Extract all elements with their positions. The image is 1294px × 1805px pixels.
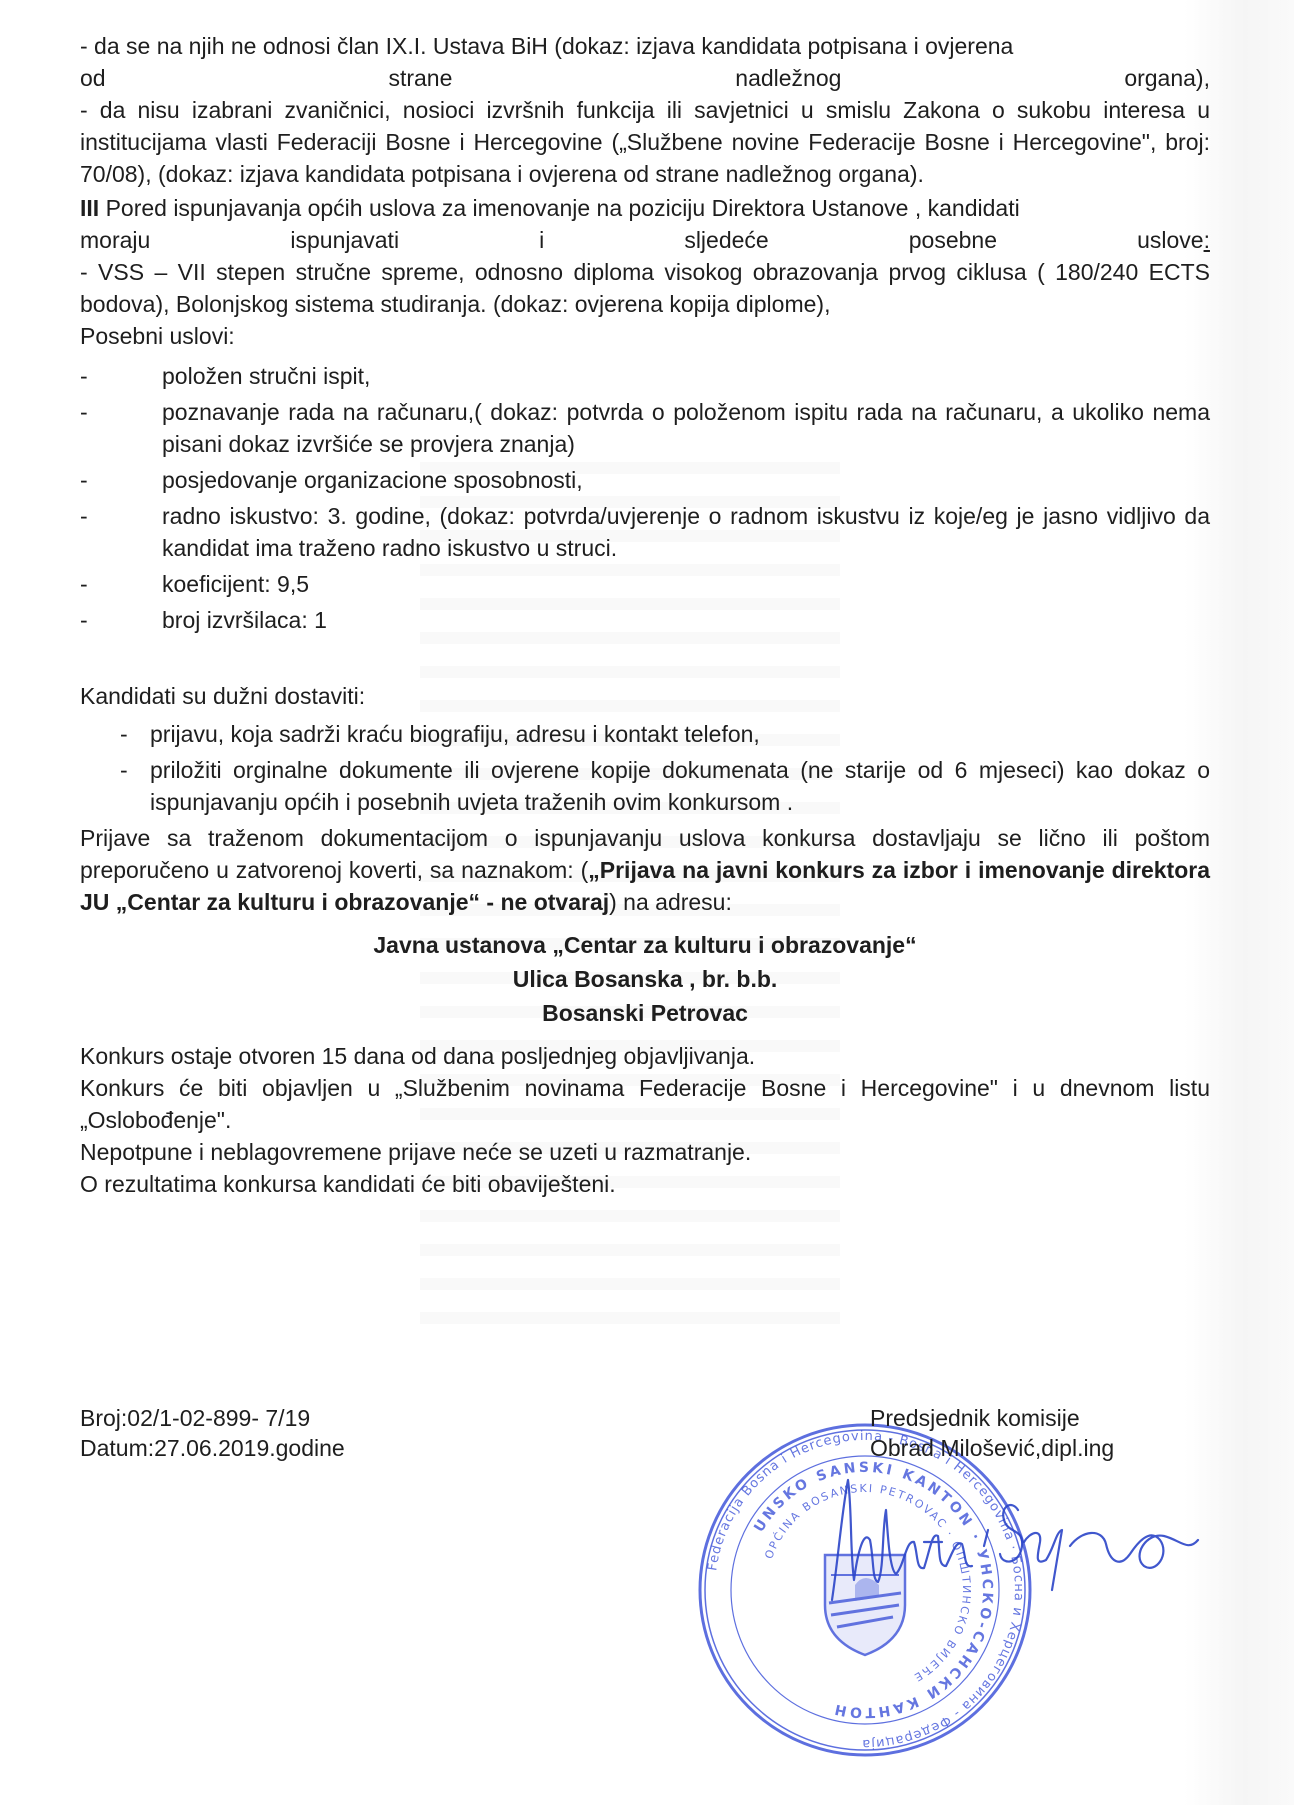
eligibility-item-conflict-of-interest: - da nisu izabrani zvaničnici, nosioci i… <box>80 94 1210 190</box>
list-item-text: priložiti orginalne dokumente ili ovjere… <box>150 757 1210 815</box>
address-city: Bosanski Petrovac <box>80 996 1210 1030</box>
eligibility-item-constitution-line2: od strane nadležnog organa), <box>80 62 1210 94</box>
word: moraju <box>80 224 150 256</box>
list-item-text: broj izvršilaca: 1 <box>162 607 327 633</box>
closing-incomplete: Nepotpune i neblagovremene prijave neće … <box>80 1136 1210 1168</box>
reference-block: Broj:02/1-02-899- 7/19 Datum:27.06.2019.… <box>80 1403 345 1463</box>
delivery-instructions: Prijave sa traženom dokumentacijom o isp… <box>80 822 1210 918</box>
dash-bullet: - <box>80 396 88 428</box>
word: strane <box>388 62 452 94</box>
document-page: - da se na njih ne odnosi član IX.I. Ust… <box>80 30 1210 1200</box>
delivery-address: Javna ustanova „Centar za kulturu i obra… <box>80 928 1210 1030</box>
special-conditions-heading: Posebni uslovi: <box>80 320 1210 352</box>
dash-bullet: - <box>80 604 88 636</box>
reference-number: Broj:02/1-02-899- 7/19 <box>80 1403 345 1433</box>
submission-heading: Kandidati su dužni dostaviti: <box>80 680 1210 712</box>
svg-text:Federacija Bosna i Hercegovina: Federacija Bosna i Hercegovina - Bosna i… <box>705 1429 1026 1751</box>
section-three-line1: III Pored ispunjavanja općih uslova za i… <box>80 192 1210 224</box>
spacer <box>80 1030 1210 1040</box>
list-item: -prijavu, koja sadrži kraću biografiju, … <box>80 718 1210 750</box>
list-item-text: poznavanje rada na računaru,( dokaz: pot… <box>162 399 1210 457</box>
address-street: Ulica Bosanska , br. b.b. <box>80 962 1210 996</box>
signatory-title: Predsjednik komisije <box>870 1403 1114 1433</box>
list-item-text: prijavu, koja sadrži kraću biografiju, a… <box>150 721 760 747</box>
list-item: -poznavanje rada na računaru,( dokaz: po… <box>80 396 1210 460</box>
dash-bullet: - <box>80 500 88 532</box>
dash-bullet: - <box>120 718 128 750</box>
list-item: -koeficijent: 9,5 <box>80 568 1210 600</box>
word: sljedeće <box>684 224 768 256</box>
list-item: -broj izvršilaca: 1 <box>80 604 1210 636</box>
list-item: -posjedovanje organizacione sposobnosti, <box>80 464 1210 496</box>
word: nadležnog <box>735 62 841 94</box>
word: organa), <box>1124 62 1210 94</box>
dash-bullet: - <box>80 464 88 496</box>
word: uslove <box>1137 227 1203 253</box>
special-conditions-list: -položen stručni ispit, -poznavanje rada… <box>80 360 1210 636</box>
word: posebne <box>909 224 997 256</box>
official-stamp-icon: Federacija Bosna i Hercegovina - Bosna i… <box>695 1420 1035 1760</box>
signatory-block: Predsjednik komisije Obrad Milošević,dip… <box>870 1403 1114 1463</box>
handwritten-signature-icon <box>820 1470 1260 1610</box>
eligibility-item-constitution-line1: - da se na njih ne odnosi član IX.I. Ust… <box>80 30 1210 62</box>
dash-bullet: - <box>80 568 88 600</box>
word: i <box>539 224 544 256</box>
spacer <box>80 640 1210 680</box>
list-item: -priložiti orginalne dokumente ili ovjer… <box>80 754 1210 818</box>
list-item-text: koeficijent: 9,5 <box>162 571 309 597</box>
word-uslove: uslove: <box>1137 224 1210 256</box>
section-three-intro: Pored ispunjavanja općih uslova za imeno… <box>106 195 1020 221</box>
dash-bullet: - <box>80 360 88 392</box>
submission-list: -prijavu, koja sadrži kraću biografiju, … <box>80 718 1210 818</box>
list-item-text: položen stručni ispit, <box>162 363 370 389</box>
list-item-text: radno iskustvo: 3. godine, (dokaz: potvr… <box>162 503 1210 561</box>
section-numeral: III <box>80 195 99 221</box>
word: ispunjavati <box>290 224 399 256</box>
word: od <box>80 62 106 94</box>
closing-results: O rezultatima konkursa kandidati će biti… <box>80 1168 1210 1200</box>
section-three-line2: moraju ispunjavati i sljedeće posebne us… <box>80 224 1210 256</box>
eligibility-item-constitution: - da se na njih ne odnosi član IX.I. Ust… <box>80 30 1210 94</box>
svg-text:UNSKO SANSKI KANTON · УНСКО-СА: UNSKO SANSKI KANTON · УНСКО-САНСКИ КАНТО… <box>751 1460 995 1720</box>
address-institution: Javna ustanova „Centar za kulturu i obra… <box>80 928 1210 962</box>
list-item: -radno iskustvo: 3. godine, (dokaz: potv… <box>80 500 1210 564</box>
closing-deadline: Konkurs ostaje otvoren 15 dana od dana p… <box>80 1040 1210 1072</box>
closing-publication: Konkurs će biti objavljen u „Službenim n… <box>80 1072 1210 1136</box>
reference-date: Datum:27.06.2019.godine <box>80 1433 345 1463</box>
signatory-name: Obrad Milošević,dipl.ing <box>870 1433 1114 1463</box>
list-item-text: posjedovanje organizacione sposobnosti, <box>162 467 583 493</box>
delivery-text-after: ) na adresu: <box>609 889 732 915</box>
section-three: III Pored ispunjavanja općih uslova za i… <box>80 192 1210 256</box>
list-item: -položen stručni ispit, <box>80 360 1210 392</box>
underlined-colon: : <box>1204 227 1210 253</box>
education-requirement: - VSS – VII stepen stručne spreme, odnos… <box>80 256 1210 320</box>
dash-bullet: - <box>120 754 128 786</box>
svg-text:OPĆINA BOSANSKI PETROVAC · ОПШ: OPĆINA BOSANSKI PETROVAC · ОПШТИНСКО ВИЈ… <box>762 1482 973 1685</box>
